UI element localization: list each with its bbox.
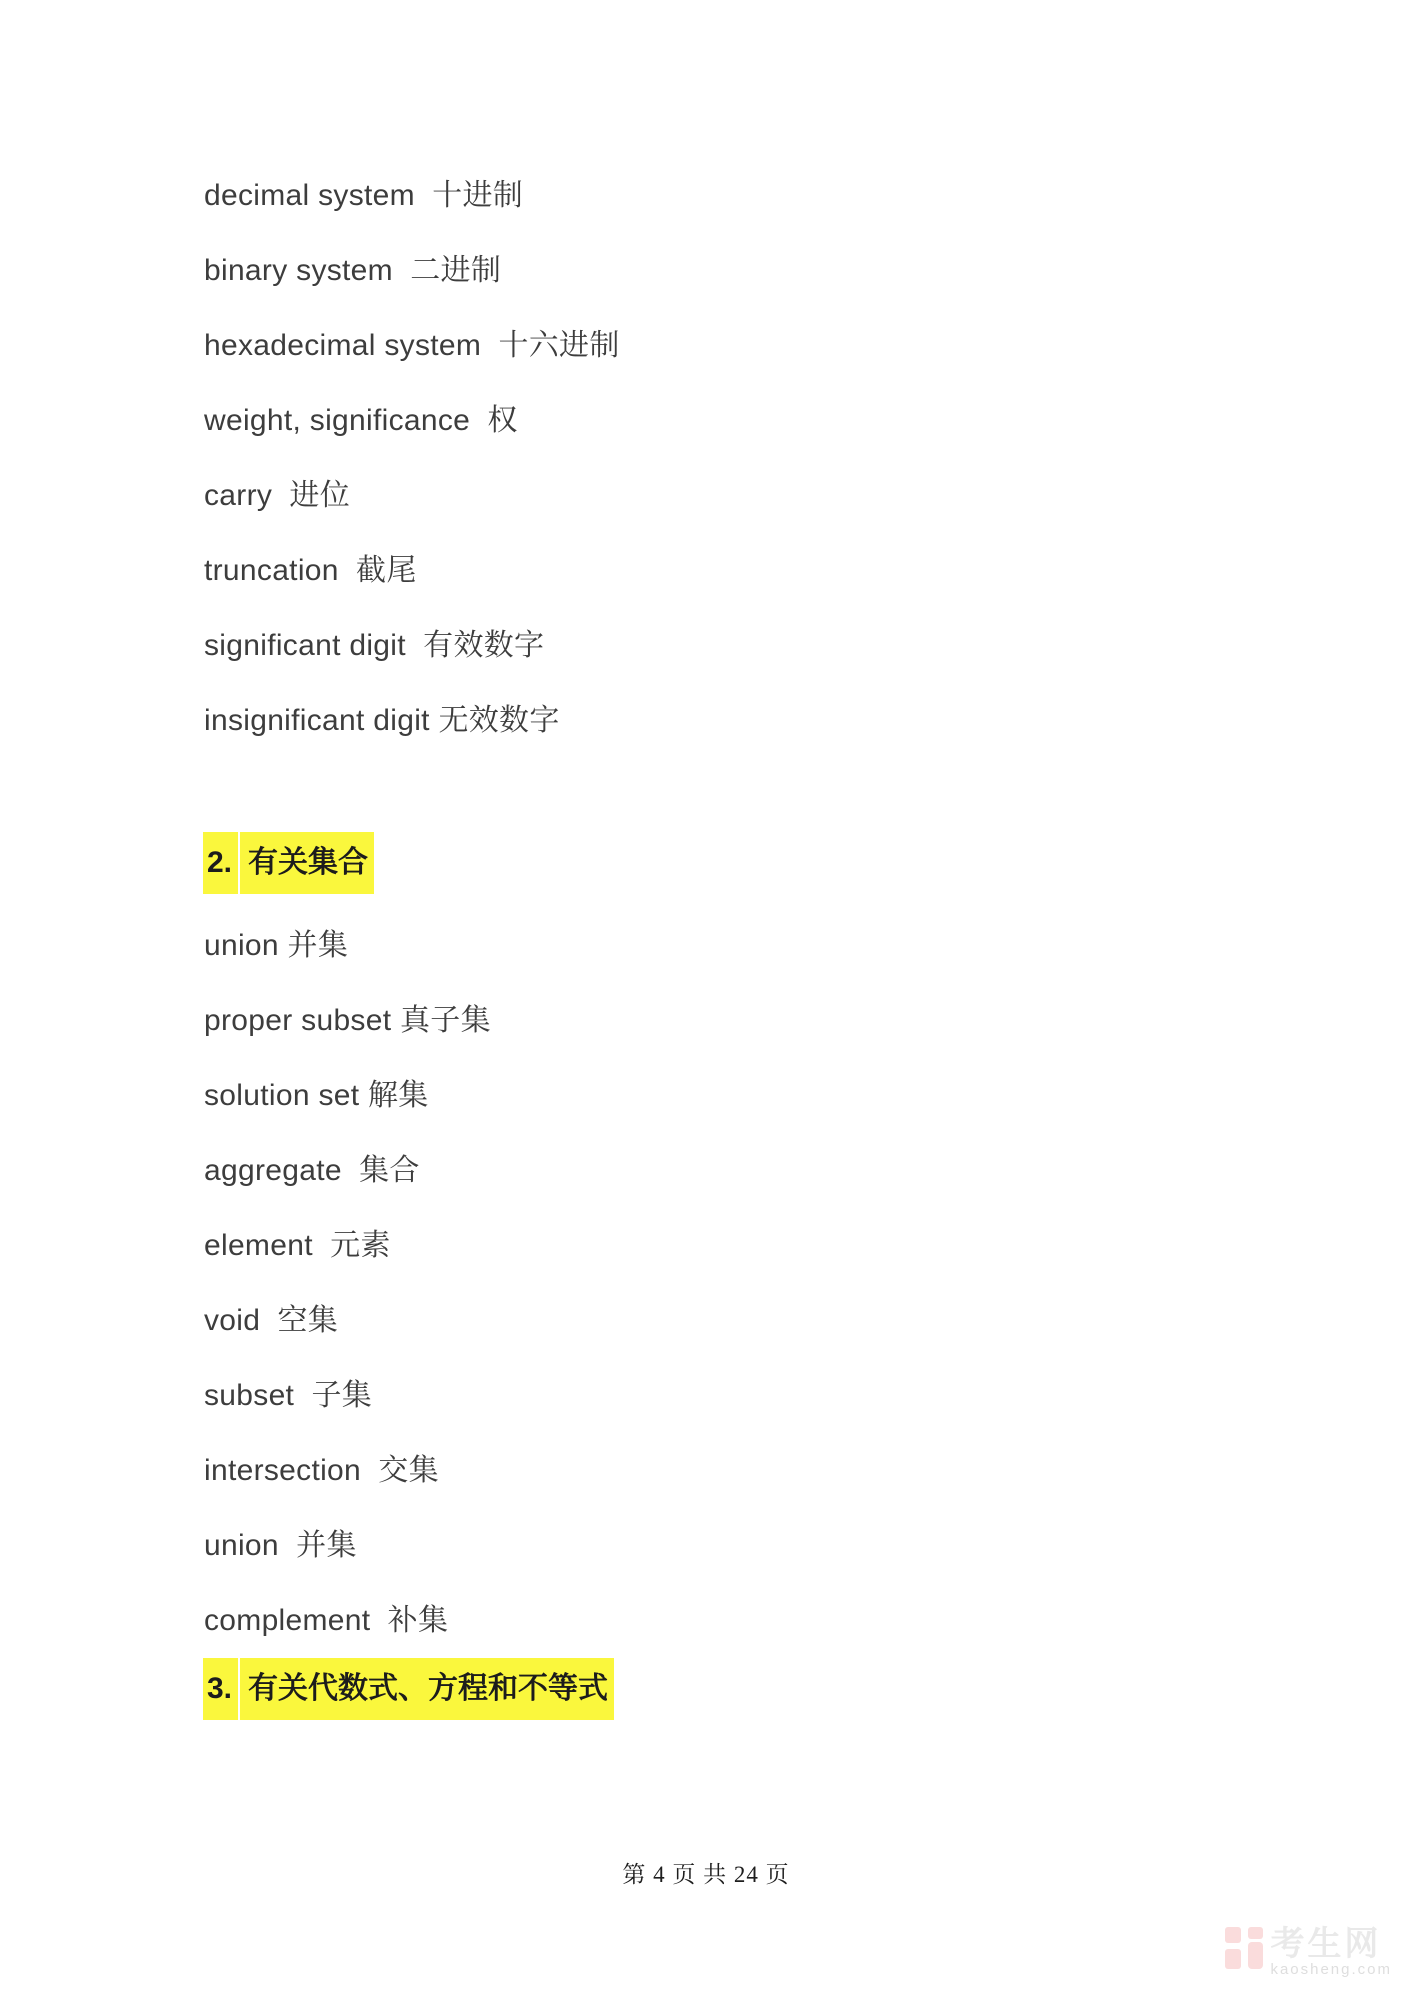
kaosheng-watermark: 考生网 kaosheng.com (1225, 1927, 1392, 1977)
watermark-text: 考生网 kaosheng.com (1270, 1927, 1392, 1977)
heading-number: 2. (203, 832, 238, 894)
vocab-item: insignificant digit 无效数字 (204, 683, 1352, 758)
vocab-item: element 元素 (204, 1208, 1352, 1283)
vocab-item: carry 进位 (204, 458, 1352, 533)
vocab-list-number-systems: decimal system 十进制 binary system 二进制 hex… (204, 158, 1352, 758)
watermark-brand-en: kaosheng.com (1270, 1962, 1392, 1977)
vocab-item: union 并集 (204, 1508, 1352, 1583)
vocab-item: proper subset 真子集 (204, 983, 1352, 1058)
page-content: decimal system 十进制 binary system 二进制 hex… (0, 0, 1412, 1720)
vocab-list-sets: union 并集 proper subset 真子集 solution set … (204, 908, 1352, 1658)
kaosheng-logo-icon (1225, 1927, 1263, 1969)
page-number-footer: 第 4 页 共 24 页 (0, 1856, 1412, 1889)
logo-block (1248, 1927, 1263, 1939)
vocab-item: aggregate 集合 (204, 1133, 1352, 1208)
vocab-item: union 并集 (204, 908, 1352, 983)
logo-block (1248, 1942, 1263, 1969)
section-heading-sets: 2.有关集合 (203, 832, 1352, 894)
watermark-brand-cn: 考生网 (1270, 1927, 1392, 1961)
vocab-item: intersection 交集 (204, 1433, 1352, 1508)
document-page: decimal system 十进制 binary system 二进制 hex… (0, 0, 1412, 1994)
vocab-item: binary system 二进制 (204, 233, 1352, 308)
vocab-item: truncation 截尾 (204, 533, 1352, 608)
heading-title: 有关集合 (240, 832, 374, 894)
vocab-item: weight, significance 权 (204, 383, 1352, 458)
vocab-item: subset 子集 (204, 1358, 1352, 1433)
logo-block (1225, 1949, 1241, 1969)
logo-block (1225, 1927, 1241, 1943)
heading-title: 有关代数式、方程和不等式 (240, 1658, 614, 1720)
section-heading-algebra: 3.有关代数式、方程和不等式 (203, 1658, 1352, 1720)
vocab-item: solution set 解集 (204, 1058, 1352, 1133)
vocab-item: significant digit 有效数字 (204, 608, 1352, 683)
vocab-item: void 空集 (204, 1283, 1352, 1358)
vocab-item: decimal system 十进制 (204, 158, 1352, 233)
heading-number: 3. (203, 1658, 238, 1720)
vocab-item: hexadecimal system 十六进制 (204, 308, 1352, 383)
vocab-item: complement 补集 (204, 1583, 1352, 1658)
